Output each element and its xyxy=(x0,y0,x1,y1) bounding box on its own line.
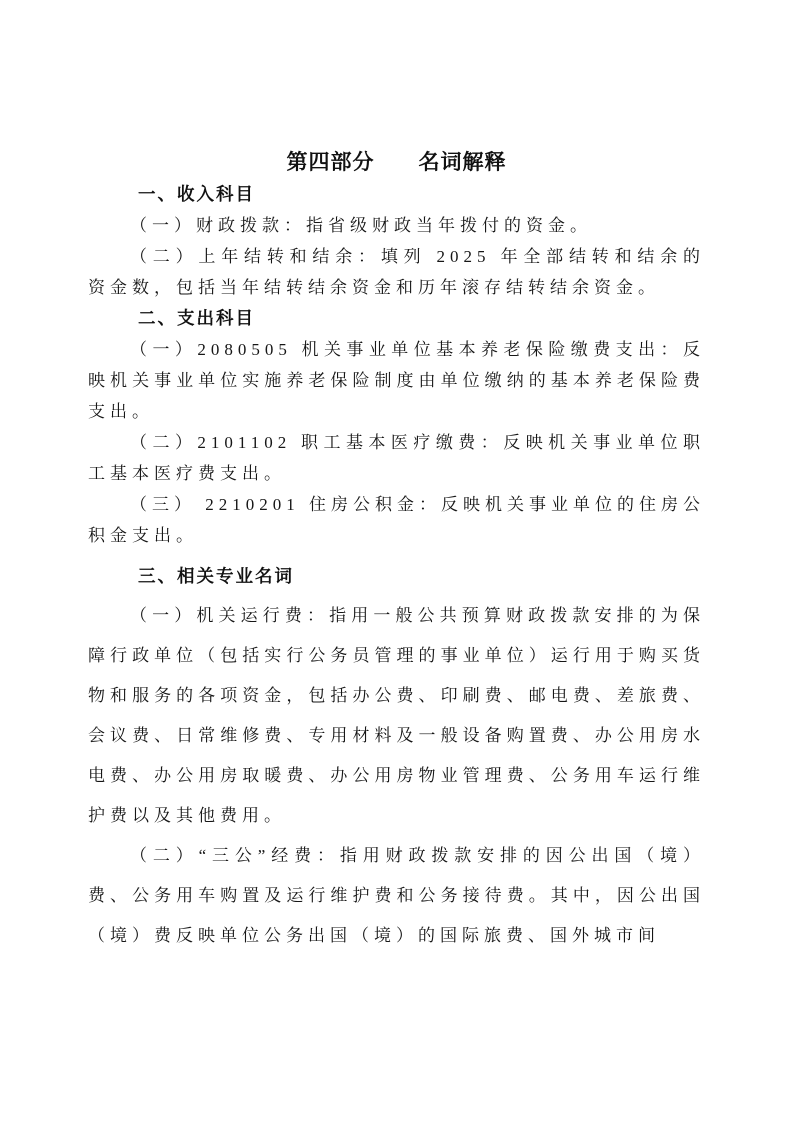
paragraph-expenditure-1: （一）2080505 机关事业单位基本养老保险缴费支出：反映机关事业单位实施养老… xyxy=(88,334,705,427)
paragraph-terms-2: （二）“三公”经费：指用财政拨款安排的因公出国（境）费、公务用车购置及运行维护费… xyxy=(88,836,705,956)
document-page: 第四部分 名词解释 一、收入科目 （一）财政拨款：指省级财政当年拨付的资金。 （… xyxy=(0,0,793,1122)
section-expenditure-heading: 二、支出科目 xyxy=(88,303,705,334)
paragraph-terms-1: （一）机关运行费：指用一般公共预算财政拨款安排的为保障行政单位（包括实行公务员管… xyxy=(88,596,705,836)
section-income: 一、收入科目 （一）财政拨款：指省级财政当年拨付的资金。 （二）上年结转和结余：… xyxy=(88,179,705,303)
section-expenditure: 二、支出科目 （一）2080505 机关事业单位基本养老保险缴费支出：反映机关事… xyxy=(88,303,705,551)
section-terms-heading: 三、相关专业名词 xyxy=(88,556,705,596)
section-income-heading: 一、收入科目 xyxy=(88,179,705,210)
page-title: 第四部分 名词解释 xyxy=(88,146,705,179)
paragraph-income-2: （二）上年结转和结余：填列 2025 年全部结转和结余的资金数，包括当年结转结余… xyxy=(88,241,705,303)
section-terms: 三、相关专业名词 （一）机关运行费：指用一般公共预算财政拨款安排的为保障行政单位… xyxy=(88,556,705,956)
paragraph-expenditure-2: （二）2101102 职工基本医疗缴费：反映机关事业单位职工基本医疗费支出。 xyxy=(88,427,705,489)
paragraph-expenditure-3: （三） 2210201 住房公积金：反映机关事业单位的住房公积金支出。 xyxy=(88,489,705,551)
paragraph-income-1: （一）财政拨款：指省级财政当年拨付的资金。 xyxy=(88,210,705,241)
